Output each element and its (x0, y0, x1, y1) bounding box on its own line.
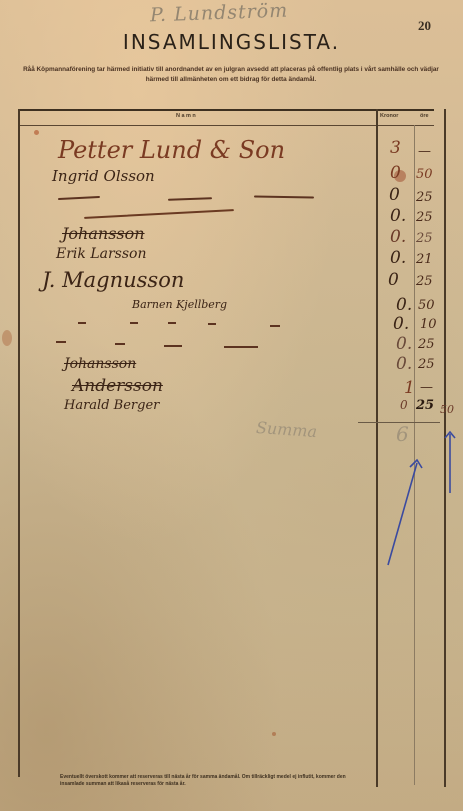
intro-text: Råå Köpmannaförening tar härmed initiati… (22, 65, 440, 85)
total-kronor: 6 (396, 422, 409, 446)
entry-name: Erik Larsson (56, 246, 146, 262)
entry-kronor: 0. (390, 206, 406, 226)
squiggle-mark (58, 196, 100, 200)
entry-ore: 25 (416, 210, 433, 225)
blue-arrow-icon (440, 428, 460, 498)
entry-ore: 25 (416, 231, 433, 246)
column-header-name: Namn (176, 113, 197, 119)
column-header-kronor: Kronor (380, 113, 398, 119)
entry-ore: — (418, 144, 431, 159)
entry-kronor: 0 (389, 185, 400, 205)
entry-ore: 10 (420, 317, 437, 332)
entry-ore: 50 (416, 167, 433, 182)
entry-name: Barnen Kjellberg (132, 298, 227, 311)
dash-mark (115, 343, 125, 345)
entry-ore: 50 (418, 298, 435, 313)
entry-kronor: 0 (390, 163, 401, 183)
stain (34, 130, 39, 135)
entry-kronor: 3 (390, 138, 401, 158)
entry-name: Andersson (72, 376, 163, 396)
dash-mark (208, 323, 216, 325)
entry-ore: 25 (418, 337, 435, 352)
collection-list-document: P. Lundström 20 INSAMLINGSLISTA. Råå Köp… (0, 0, 463, 811)
dash-mark (224, 346, 258, 348)
entry-kronor: 0. (396, 354, 412, 374)
dash-mark (78, 322, 86, 324)
entry-ore: 25 (418, 357, 435, 372)
left-border (18, 109, 20, 777)
entry-kronor: 0. (390, 248, 406, 268)
dash-mark (164, 345, 182, 347)
entry-kronor: 0. (390, 227, 406, 247)
entry-name: J. Magnusson (42, 268, 184, 292)
entry-ore: 25 (416, 274, 433, 289)
entry-kronor: 0. (393, 314, 409, 334)
pencil-sum-label: Summa (255, 418, 317, 441)
stain (272, 732, 276, 736)
dash-mark (270, 325, 280, 327)
kronor-column-divider (376, 109, 378, 787)
footer-note: Eventuellt överskott kommer att reserver… (60, 774, 360, 788)
entry-kronor: 1 (404, 378, 415, 398)
entry-kronor: 0 (388, 270, 399, 290)
dash-mark (56, 341, 66, 343)
entry-kronor: 0. (396, 295, 412, 315)
entry-kronor: 0 (400, 398, 408, 412)
document-title: INSAMLINGSLISTA. (0, 30, 463, 54)
entry-ore: 25 (416, 398, 434, 413)
squiggle-mark (84, 209, 234, 219)
pencil-note-top: P. Lundström (150, 0, 289, 26)
entry-name: Johansson (62, 224, 145, 243)
squiggle-mark (168, 197, 212, 201)
entry-name: Johansson (64, 356, 136, 372)
entry-kronor: 0. (396, 334, 412, 354)
entry-name: Petter Lund & Son (58, 136, 285, 164)
table-top-border (18, 109, 434, 111)
stain (2, 330, 12, 346)
entry-ore: 25 (416, 190, 433, 205)
entry-name: Harald Berger (64, 398, 159, 413)
entry-ore: — (420, 380, 433, 395)
entry-ore: 21 (416, 252, 433, 267)
column-header-ore: öre (420, 113, 429, 119)
dash-mark (168, 322, 176, 324)
squiggle-mark (254, 195, 314, 198)
entry-name: Ingrid Olsson (52, 167, 155, 185)
header-divider (18, 125, 434, 126)
dash-mark (130, 322, 138, 324)
total-ore-side: 50 (440, 403, 454, 416)
